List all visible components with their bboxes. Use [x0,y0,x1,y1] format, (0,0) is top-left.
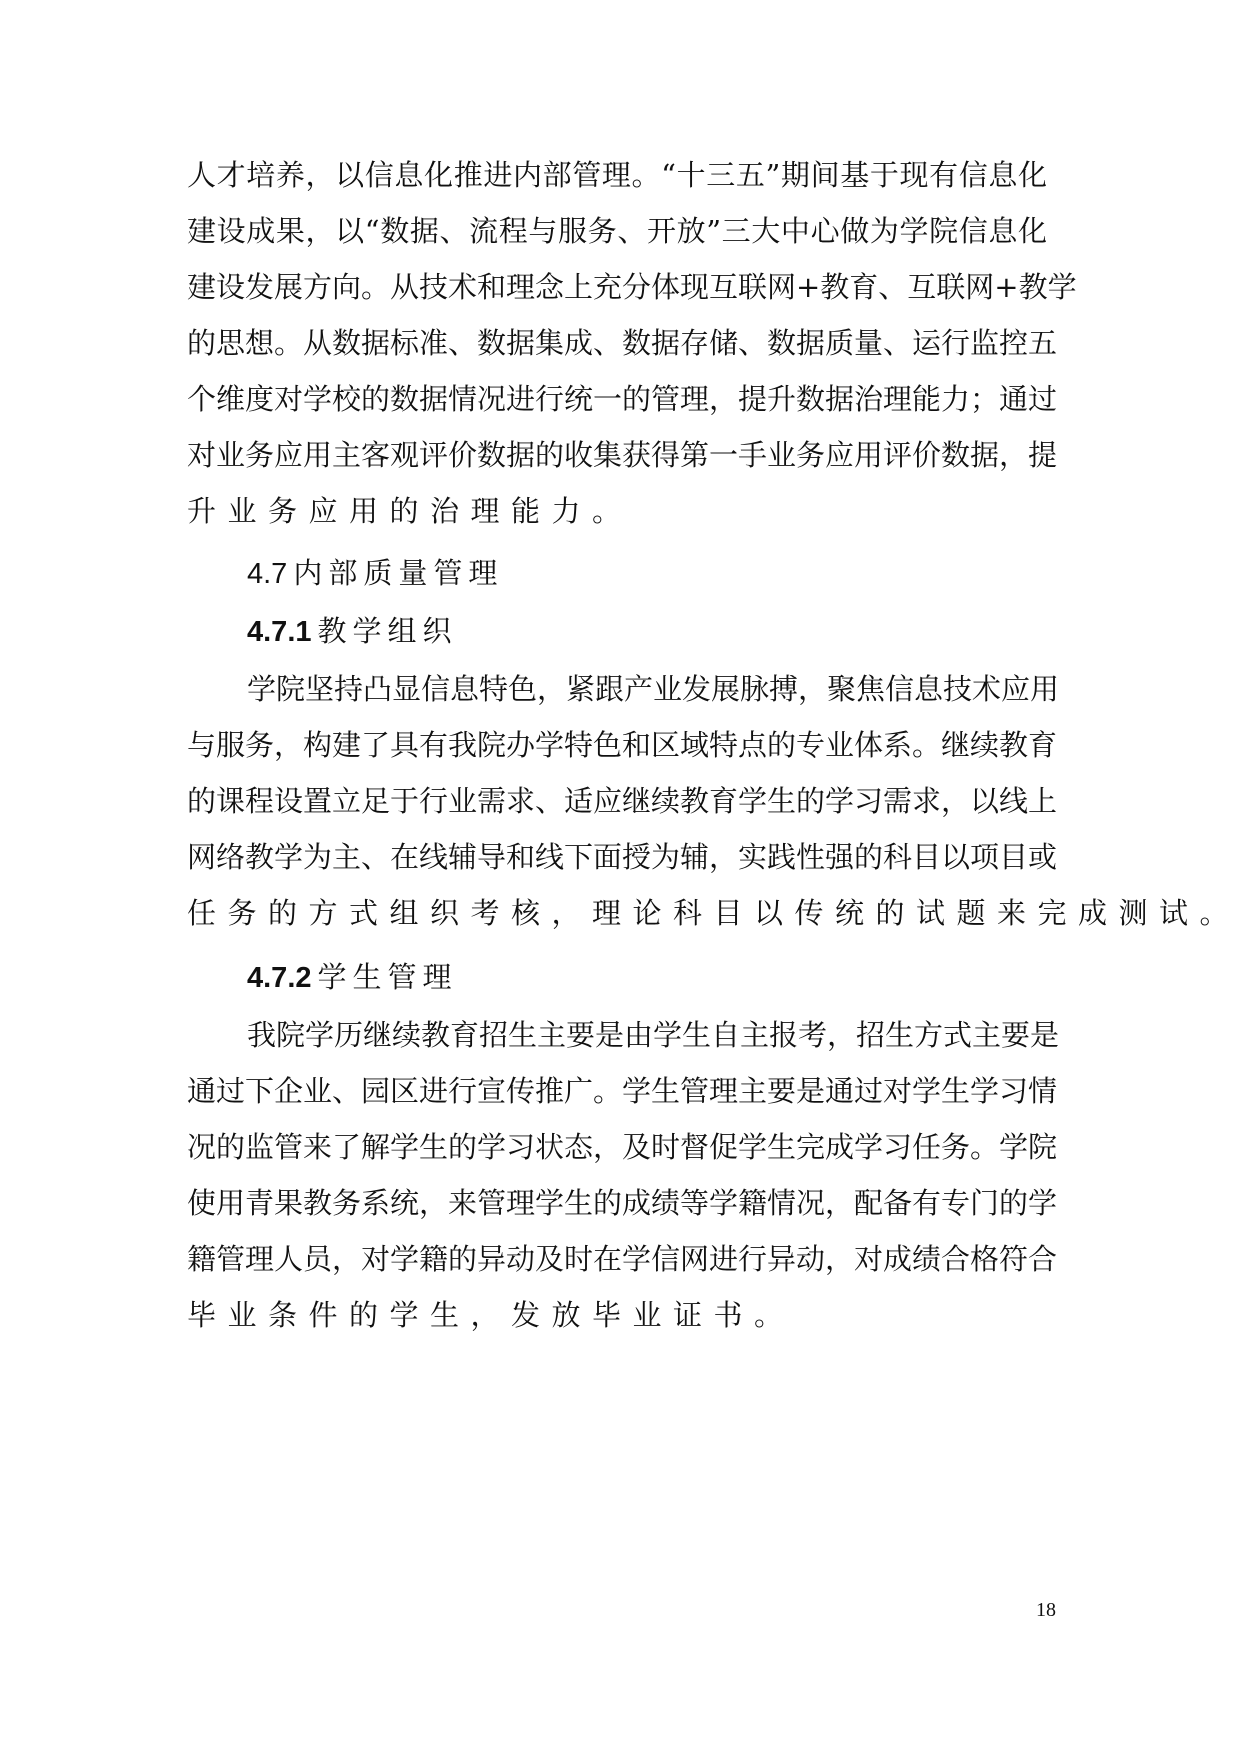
text-line: 毕业条件的学生，发放毕业证书。 [187,1298,1047,1332]
text-line: 与服务，构建了具有我院办学特色和区域特点的专业体系。继续教育 [187,728,1047,762]
text-line: 对业务应用主客观评价数据的收集获得第一手业务应用评价数据，提 [187,438,1047,472]
text-line: 的课程设置立足于行业需求、适应继续教育学生的学习需求，以线上 [187,784,1047,818]
page-number: 18 [1036,1598,1056,1622]
text-line: 我院学历继续教育招生主要是由学生自主报考，招生方式主要是 [247,1018,1047,1052]
section-number: 4.7 [247,558,287,590]
text-line: 人才培养，以信息化推进内部管理。“十三五”期间基于现有信息化 [187,158,1047,192]
text-line: 任务的方式组织考核，理论科目以传统的试题来完成测试。 [187,896,1047,930]
text-line: 籍管理人员，对学籍的异动及时在学信网进行异动，对成绩合格符合 [187,1242,1047,1276]
text-line: 使用青果教务系统，来管理学生的成绩等学籍情况，配备有专门的学 [187,1186,1047,1220]
section-heading-4-7-1: 4.7.1教学组织 [247,614,458,649]
section-heading-4-7: 4.7内部质量管理 [247,556,503,591]
text-line: 个维度对学校的数据情况进行统一的管理，提升数据治理能力；通过 [187,382,1047,416]
section-title: 教学组织 [318,614,458,648]
text-line: 建设发展方向。从技术和理念上充分体现互联网+教育、互联网+教学 [187,270,1047,304]
text-line: 网络教学为主、在线辅导和线下面授为辅，实践性强的科目以项目或 [187,840,1047,874]
text-line: 况的监管来了解学生的学习状态，及时督促学生完成学习任务。学院 [187,1130,1047,1164]
text-line: 建设成果，以“数据、流程与服务、开放”三大中心做为学院信息化 [187,214,1047,248]
section-title: 内部质量管理 [293,556,503,590]
section-heading-4-7-2: 4.7.2学生管理 [247,960,458,995]
text-line: 通过下企业、园区进行宣传推广。学生管理主要是通过对学生学习情 [187,1074,1047,1108]
section-number: 4.7.1 [247,616,312,648]
section-number: 4.7.2 [247,962,312,994]
text-line: 升业务应用的治理能力。 [187,494,1047,528]
section-title: 学生管理 [318,960,458,994]
text-line: 的思想。从数据标准、数据集成、数据存储、数据质量、运行监控五 [187,326,1047,360]
text-line: 学院坚持凸显信息特色，紧跟产业发展脉搏，聚焦信息技术应用 [247,672,1047,706]
document-page: 人才培养，以信息化推进内部管理。“十三五”期间基于现有信息化 建设成果，以“数据… [0,0,1240,1754]
